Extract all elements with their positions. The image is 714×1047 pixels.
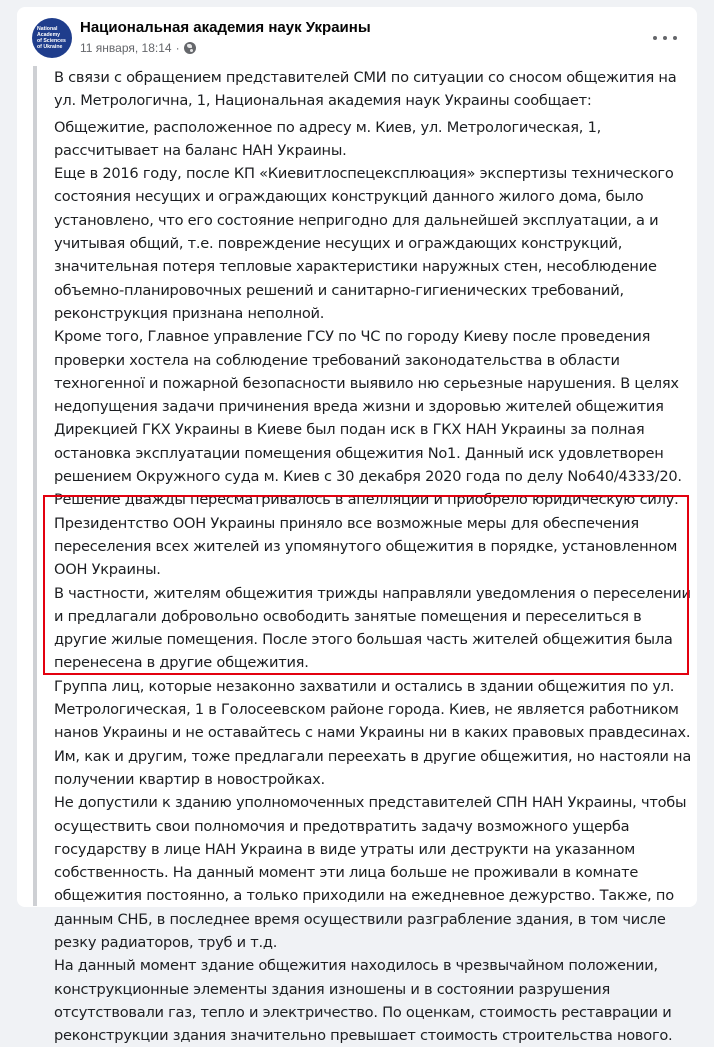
avatar-text-line: of Ukraine <box>37 44 72 50</box>
post-card: National Academy of Sciences of Ukraine … <box>17 7 697 880</box>
post-paragraph: Группа лиц, которые незаконно захватили … <box>54 675 694 791</box>
quote-bar <box>33 66 37 880</box>
post-paragraph: Не допустили к зданию уполномоченных пре… <box>54 791 694 880</box>
post-timestamp[interactable]: 11 января, 18:14 <box>80 41 172 55</box>
post-meta: 11 января, 18:14 · <box>80 41 196 55</box>
page-avatar[interactable]: National Academy of Sciences of Ukraine <box>32 18 72 58</box>
dot-icon <box>673 36 677 40</box>
post-paragraph: Президентство ООН Украины приняло все во… <box>54 512 694 582</box>
dot-icon <box>663 36 667 40</box>
post-paragraph: Общежитие, расположенное по адресу м. Ки… <box>54 116 694 163</box>
globe-icon[interactable] <box>184 42 196 54</box>
meta-separator: · <box>176 41 180 55</box>
post-paragraph: В частности, жителям общежития трижды на… <box>54 582 694 675</box>
page-name-link[interactable]: Национальная академия наук Украины <box>80 19 371 36</box>
post-paragraph: В связи с обращением представителей СМИ … <box>54 66 694 113</box>
more-options-button[interactable] <box>653 32 677 44</box>
post-paragraph: Еще в 2016 году, после КП «Киевитлоспеце… <box>54 162 694 325</box>
dot-icon <box>653 36 657 40</box>
post-body: В связи с обращением представителей СМИ … <box>54 66 694 880</box>
post-paragraph: Кроме того, Главное управление ГСУ по ЧС… <box>54 325 694 511</box>
